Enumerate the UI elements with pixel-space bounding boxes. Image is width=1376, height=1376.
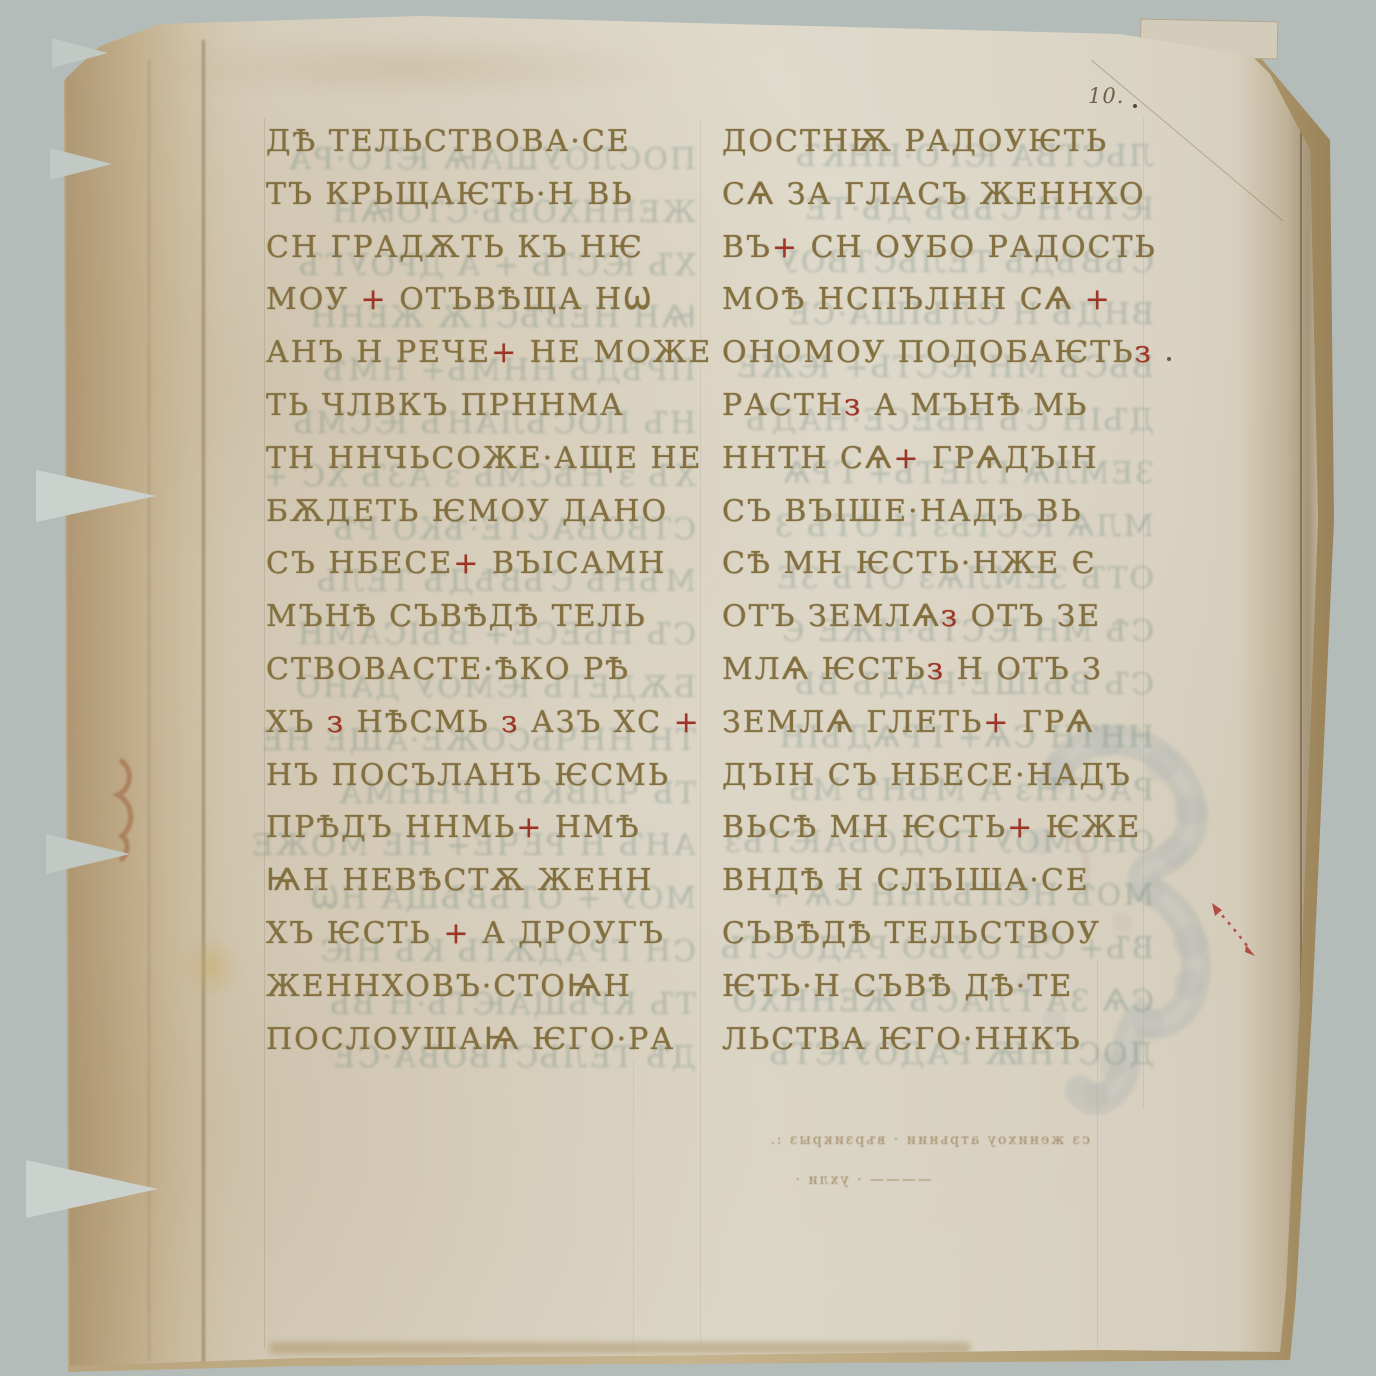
text-line: ДѢ ТЕЛЬСТВОВА·СЕ <box>266 116 706 169</box>
text-segment: СЪ ВЪІШЕ·НАДЪ ВЬ <box>722 494 1083 529</box>
red-ink-mark: з <box>844 388 862 423</box>
text-segment: АЗЪ ХС <box>519 705 673 740</box>
text-segment: ТЪ КРЬЩАѤТЬ·Н ВЬ <box>266 177 634 212</box>
manuscript-photo: ПОСЛОУШАѨ ѤГО·РАЖЕННХОВЪ·СТОѨНХЪ ѤСТЬ + … <box>0 0 1376 1376</box>
text-line: СН ГРАДѪТЬ КЪ НѤ <box>266 222 706 275</box>
text-segment: ВЪ <box>722 230 772 265</box>
text-line: ХЪ з НѢСМЬ з АЗЪ ХС + <box>266 697 706 750</box>
text-line: МОѢ НСПЪЛНН СѦ + <box>722 274 1162 327</box>
spine-crease <box>202 40 205 1370</box>
text-line: ТН ННЧЬСОЖЕ·АЩЕ НЕ <box>266 433 706 486</box>
text-line: ЛЬСТВА ѤГО·ННКЪ <box>722 1014 1162 1067</box>
text-segment: СЪВѢДѢ ТЕЛЬСТВОУ <box>722 916 1101 951</box>
text-segment: ѤТЬ·Н СЪВѢ ДѢ·ТЕ <box>722 969 1073 1004</box>
text-segment: ѨН НЕВѢСТѪ ЖЕНН <box>266 863 654 898</box>
red-pen-mark <box>1190 885 1270 975</box>
red-ink-mark: з <box>941 599 959 634</box>
text-line: РАСТНз А МЪНѢ МЬ <box>722 380 1162 433</box>
parchment-page: ПОСЛОУШАѨ ѤГО·РАЖЕННХОВЪ·СТОѨНХЪ ѤСТЬ + … <box>0 0 1376 1376</box>
red-ink-mark: + <box>983 705 1010 740</box>
text-line: СТВОВАСТЕ·ѢКО РѢ <box>266 644 706 697</box>
red-ink-mark: з <box>927 652 945 687</box>
text-segment: Н ОТЪ З <box>945 652 1103 687</box>
text-line: МЪНѢ СЪВѢДѢ ТЕЛЬ <box>266 591 706 644</box>
ruling-line <box>633 1060 634 1360</box>
text-segment: МЛѦ ѤСТЬ <box>722 652 927 687</box>
text-segment: МОУ <box>266 282 361 317</box>
text-column-right: ДОСТНѬ РАДОУѤТЬСѦ ЗА ГЛАСЪ ЖЕННХОВЪ+ СН … <box>722 116 1162 1066</box>
text-segment: ЛЬСТВА ѤГО·ННКЪ <box>722 1022 1082 1057</box>
text-segment: СѢ МН ѤСТЬ·НЖЕ Є <box>722 546 1097 581</box>
text-segment: ОТЪ ЗЕ <box>959 599 1101 634</box>
text-line: ПОСЛОУШАѨ ѤГО·РА <box>266 1014 706 1067</box>
fore-edge-shading <box>1238 30 1322 1360</box>
text-segment: СЪ НБЕСЕ <box>266 546 453 581</box>
text-segment: ХЪ ѤСТЬ <box>266 916 443 951</box>
text-line: НЪ ПОСЪЛАНЪ ѤСМЬ <box>266 750 706 803</box>
text-segment: ВЬСѢ МН ѤСТЬ <box>722 810 1007 845</box>
red-ink-mark: + <box>674 705 701 740</box>
text-segment: ГРѦ <box>1010 705 1094 740</box>
text-segment: ЗЕМЛѦ ГЛЕТЬ <box>722 705 983 740</box>
text-segment: ХЪ <box>266 705 327 740</box>
text-segment: А ДРОУГЪ <box>470 916 664 951</box>
text-line: ѨН НЕВѢСТѪ ЖЕНН <box>266 855 706 908</box>
text-segment: ЖЕННХОВЪ·СТОѨН <box>266 969 632 1004</box>
text-segment: БѪДЕТЬ ѤМОУ ДАНО <box>266 494 668 529</box>
stain <box>270 1342 970 1354</box>
text-segment: ѤЖЕ <box>1034 810 1141 845</box>
text-line: СѢ МН ѤСТЬ·НЖЕ Є <box>722 538 1162 591</box>
text-segment: НЕ МОЖЕ <box>518 335 712 370</box>
text-segment: ДОСТНѬ РАДОУѤТЬ <box>722 124 1108 159</box>
text-segment: ДЪІН СЪ НБЕСЕ·НАДЪ <box>722 758 1132 793</box>
stain <box>150 36 670 100</box>
red-ink-mark: + <box>1085 282 1112 317</box>
text-line: ВЪ+ СН ОУБО РАДОСТЬ <box>722 222 1162 275</box>
offset-text-showthrough-line1: сз женихоу атрьнии · вързикрыз :. <box>722 1132 1090 1148</box>
text-segment: ВНДѢ Н СЛЪІША·СЕ <box>722 863 1090 898</box>
text-segment: НЪ ПОСЪЛАНЪ ѤСМЬ <box>266 758 670 793</box>
red-ink-mark: + <box>361 282 388 317</box>
text-line: СѦ ЗА ГЛАСЪ ЖЕННХО <box>722 169 1162 222</box>
text-line: ОНОМОУ ПОДОБАѤТЬз <box>722 327 1162 380</box>
text-segment: НѢСМЬ <box>345 705 501 740</box>
red-ink-mark: + <box>516 810 543 845</box>
folio-number: 10. <box>1088 84 1124 108</box>
text-segment: ОТЪВѢЩА НѠ <box>388 282 654 317</box>
red-ink-mark: + <box>893 441 920 476</box>
text-line: СЪВѢДѢ ТЕЛЬСТВОУ <box>722 908 1162 961</box>
ink-speck <box>1167 357 1171 361</box>
red-ink-mark: + <box>443 916 470 951</box>
text-segment: МЪНѢ СЪВѢДѢ ТЕЛЬ <box>266 599 647 634</box>
text-segment: АНЪ Н РЕЧЕ <box>266 335 491 370</box>
text-line: ХЪ ѤСТЬ + А ДРОУГЪ <box>266 908 706 961</box>
text-segment: ОТЪ ЗЕМЛѦ <box>722 599 941 634</box>
text-segment: СН ОУБО РАДОСТЬ <box>799 230 1157 265</box>
text-line: ЗЕМЛѦ ГЛЕТЬ+ ГРѦ <box>722 697 1162 750</box>
text-segment: РАСТН <box>722 388 844 423</box>
red-ink-mark: з <box>1134 335 1152 370</box>
text-segment: ГРѦДЪІН <box>921 441 1099 476</box>
red-ink-mark: + <box>1007 810 1034 845</box>
text-segment: ДѢ ТЕЛЬСТВОВА·СЕ <box>266 124 631 159</box>
text-segment: ВЪІСАМН <box>480 546 666 581</box>
red-ink-mark: + <box>453 546 480 581</box>
text-line: ВЬСѢ МН ѤСТЬ+ ѤЖЕ <box>722 802 1162 855</box>
text-line: МОУ + ОТЪВѢЩА НѠ <box>266 274 706 327</box>
text-segment: ННТН СѦ <box>722 441 893 476</box>
ink-speck <box>1278 46 1293 60</box>
text-segment: СТВОВАСТЕ·ѢКО РѢ <box>266 652 630 687</box>
text-segment: НМѢ <box>543 810 640 845</box>
text-line: ВНДѢ Н СЛЪІША·СЕ <box>722 855 1162 908</box>
text-segment: СН ГРАДѪТЬ КЪ НѤ <box>266 230 644 265</box>
text-column-left: ДѢ ТЕЛЬСТВОВА·СЕТЪ КРЬЩАѤТЬ·Н ВЬСН ГРАДѪ… <box>266 116 706 1066</box>
fold-crease <box>148 60 150 1360</box>
text-line: АНЪ Н РЕЧЕ+ НЕ МОЖЕ <box>266 327 706 380</box>
text-segment: МОѢ НСПЪЛНН СѦ <box>722 282 1085 317</box>
text-line: ОТЪ ЗЕМЛѦз ОТЪ ЗЕ <box>722 591 1162 644</box>
text-line: ЖЕННХОВЪ·СТОѨН <box>266 961 706 1014</box>
red-ink-mark: + <box>491 335 518 370</box>
text-line: СЪ ВЪІШЕ·НАДЪ ВЬ <box>722 486 1162 539</box>
red-ink-mark: з <box>501 705 519 740</box>
text-line: ѤТЬ·Н СЪВѢ ДѢ·ТЕ <box>722 961 1162 1014</box>
text-segment: А МЪНѢ МЬ <box>862 388 1088 423</box>
text-line: ДЪІН СЪ НБЕСЕ·НАДЪ <box>722 750 1162 803</box>
text-segment: ОНОМОУ ПОДОБАѤТЬ <box>722 335 1134 370</box>
binding-gutter <box>58 0 223 1376</box>
text-line: ПРѢДЪ ННМЬ+ НМѢ <box>266 802 706 855</box>
text-line: СЪ НБЕСЕ+ ВЪІСАМН <box>266 538 706 591</box>
text-line: ТЬ ЧЛВКЪ ПРННМА <box>266 380 706 433</box>
text-line: ТЪ КРЬЩАѤТЬ·Н ВЬ <box>266 169 706 222</box>
text-line: ННТН СѦ+ ГРѦДЪІН <box>722 433 1162 486</box>
offset-text-showthrough-line2: ———— · ухли · <box>742 1172 932 1188</box>
ink-speck <box>1133 104 1137 108</box>
text-segment: СѦ ЗА ГЛАСЪ ЖЕННХО <box>722 177 1146 212</box>
text-line: МЛѦ ѤСТЬз Н ОТЪ З <box>722 644 1162 697</box>
text-segment: ТЬ ЧЛВКЪ ПРННМА <box>266 388 625 423</box>
text-segment: ТН ННЧЬСОЖЕ·АЩЕ НЕ <box>266 441 703 476</box>
red-ink-mark: + <box>772 230 799 265</box>
red-ink-mark: з <box>327 705 345 740</box>
text-line: ДОСТНѬ РАДОУѤТЬ <box>722 116 1162 169</box>
text-line: БѪДЕТЬ ѤМОУ ДАНО <box>266 486 706 539</box>
text-segment: ПРѢДЪ ННМЬ <box>266 810 516 845</box>
text-segment: ПОСЛОУШАѨ ѤГО·РА <box>266 1022 675 1057</box>
